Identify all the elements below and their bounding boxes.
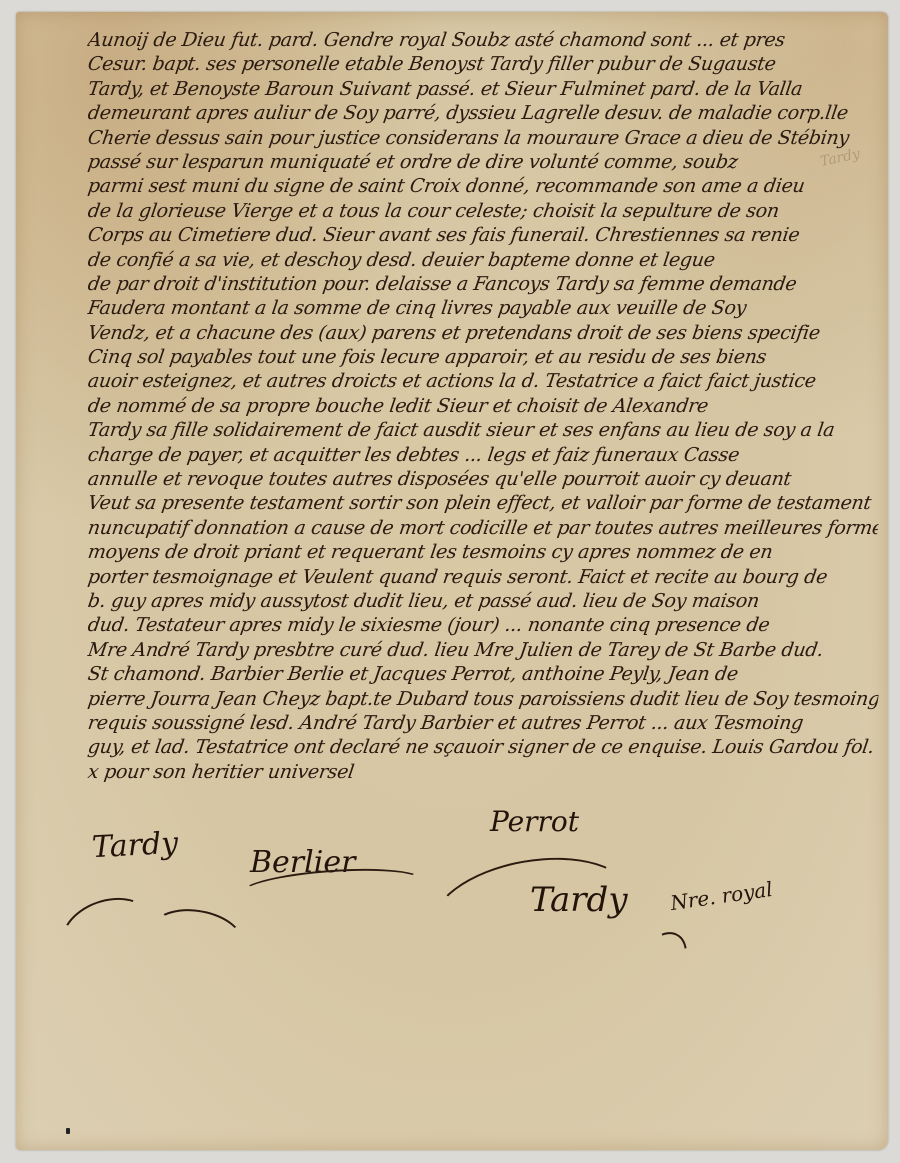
manuscript-line: annulle et revoque toutes autres disposé… bbox=[86, 467, 879, 491]
manuscript-line: Mre André Tardy presbtre curé dud. lieu … bbox=[86, 638, 879, 662]
manuscript-line: de par droit d'institution pour. delaiss… bbox=[86, 272, 879, 296]
manuscript-line: Vendz, et a chacune des (aux) parens et … bbox=[86, 321, 879, 345]
signature-perrot: Perrot bbox=[490, 805, 579, 838]
manuscript-line: porter tesmoignage et Veulent quand requ… bbox=[86, 565, 879, 589]
manuscript-line: Cesur. bapt. ses personelle etable Benoy… bbox=[86, 52, 879, 76]
manuscript-line: de la glorieuse Vierge et a tous la cour… bbox=[86, 199, 879, 223]
manuscript-line: Veut sa presente testament sortir son pl… bbox=[86, 491, 879, 515]
manuscript-line: Cinq sol payables tout une fois lecure a… bbox=[86, 345, 879, 369]
manuscript-line: x pour son heritier universel bbox=[86, 760, 879, 784]
manuscript-line: Aunoij de Dieu fut. pard. Gendre royal S… bbox=[86, 28, 879, 52]
manuscript-line: b. guy apres midy aussytost dudit lieu, … bbox=[86, 589, 879, 613]
manuscript-line: moyens de droit priant et requerant les … bbox=[86, 540, 879, 564]
signature-tardy: Tardy bbox=[91, 826, 179, 865]
manuscript-line: charge de payer, et acquitter les debtes… bbox=[86, 443, 879, 467]
manuscript-line: de nommé de sa propre bouche ledit Sieur… bbox=[86, 394, 879, 418]
manuscript-line: passé sur lesparun muniquaté et ordre de… bbox=[86, 150, 879, 174]
manuscript-line: de confié a sa vie, et deschoy desd. deu… bbox=[86, 248, 879, 272]
manuscript-line: guy, et lad. Testatrice ont declaré ne s… bbox=[86, 735, 879, 759]
manuscript-line: auoir esteignez, et autres droicts et ac… bbox=[86, 369, 879, 393]
manuscript-line: Tardy, et Benoyste Baroun Suivant passé.… bbox=[86, 77, 879, 101]
manuscript-body: Aunoij de Dieu fut. pard. Gendre royal S… bbox=[88, 28, 878, 784]
manuscript-line: Tardy sa fille solidairement de faict au… bbox=[86, 418, 879, 442]
manuscript-line: requis soussigné lesd. André Tardy Barbi… bbox=[86, 711, 879, 735]
manuscript-line: St chamond. Barbier Berlie et Jacques Pe… bbox=[86, 662, 879, 686]
manuscript-line: nuncupatif donnation a cause de mort cod… bbox=[86, 516, 879, 540]
manuscript-line: Cherie dessus sain pour justice consider… bbox=[86, 126, 879, 150]
manuscript-line: Corps au Cimetiere dud. Sieur avant ses … bbox=[86, 223, 879, 247]
manuscript-line: demeurant apres auliur de Soy parré, dys… bbox=[86, 101, 879, 125]
manuscript-line: Faudera montant a la somme de cinq livre… bbox=[86, 296, 879, 320]
manuscript-line: parmi sest muni du signe de saint Croix … bbox=[86, 174, 879, 198]
ink-speck bbox=[66, 1128, 70, 1134]
manuscript-line: dud. Testateur apres midy le sixiesme (j… bbox=[86, 613, 879, 637]
manuscript-line: pierre Jourra Jean Cheyz bapt.te Dubard … bbox=[86, 687, 879, 711]
